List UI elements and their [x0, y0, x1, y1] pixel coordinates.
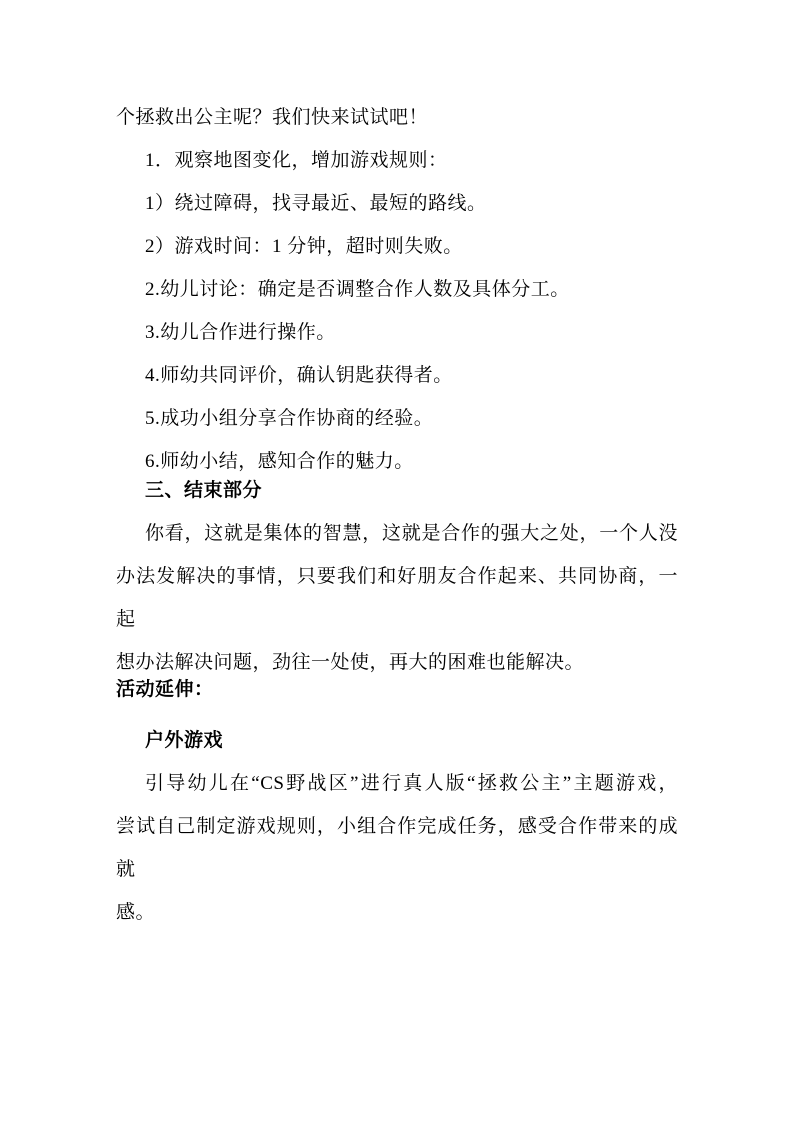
list-item-1: 1．观察地图变化，增加游戏规则：: [116, 139, 678, 182]
para-intro-line: 个拯救出公主呢？我们快来试试吧！: [116, 96, 678, 139]
list-item-2: 2.幼儿讨论：确定是否调整合作人数及具体分工。: [116, 268, 678, 311]
para-outdoor-line-3: 感。: [116, 891, 678, 934]
list-item-3: 3.幼儿合作进行操作。: [116, 311, 678, 354]
list-sub-item-2: 2）游戏时间：1 分钟，超时则失败。: [116, 225, 678, 268]
document-page: 个拯救出公主呢？我们快来试试吧！ 1．观察地图变化，增加游戏规则： 1）绕过障碍…: [0, 0, 794, 1123]
para-ending-line-2: 办法发解决的事情，只要我们和好朋友合作起来、共同协商，一起: [116, 555, 678, 641]
document-content: 个拯救出公主呢？我们快来试试吧！ 1．观察地图变化，增加游戏规则： 1）绕过障碍…: [116, 96, 678, 934]
para-ending-line-1: 你看，这就是集体的智慧，这就是合作的强大之处，一个人没: [116, 512, 678, 555]
list-item-4: 4.师幼共同评价，确认钥匙获得者。: [116, 354, 678, 397]
heading-outdoor-game: 户外游戏: [116, 719, 678, 762]
list-sub-item-1: 1）绕过障碍，找寻最近、最短的路线。: [116, 182, 678, 225]
para-outdoor-line-1: 引导幼儿在“CS野战区”进行真人版“拯救公主”主题游戏，: [116, 762, 678, 805]
para-outdoor-line-2: 尝试自己制定游戏规则，小组合作完成任务，感受合作带来的成就: [116, 805, 678, 891]
list-item-5: 5.成功小组分享合作协商的经验。: [116, 397, 678, 440]
